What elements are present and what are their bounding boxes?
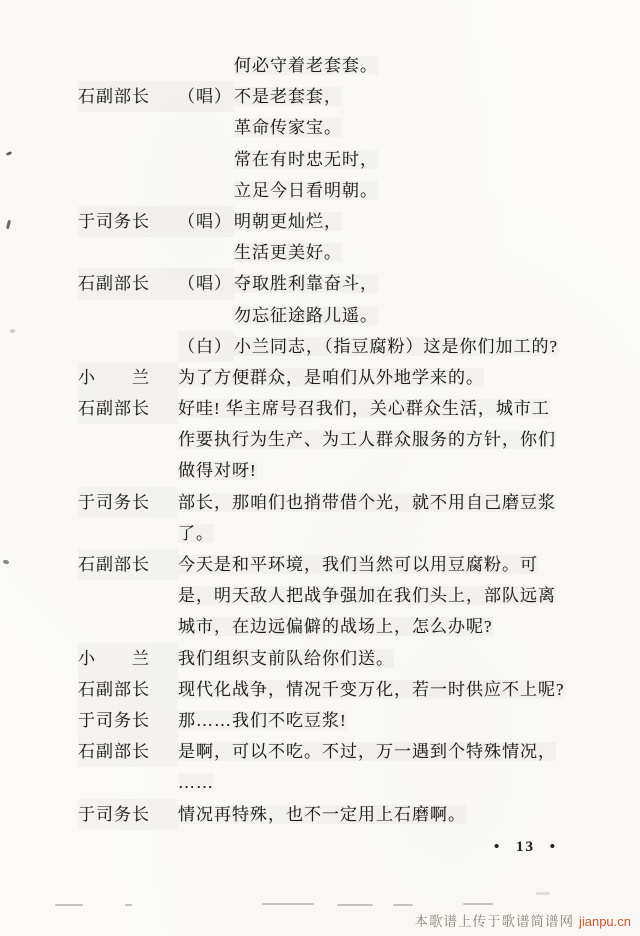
speaker-name — [78, 300, 178, 331]
line-content: 那……我们不吃豆浆! — [178, 705, 623, 736]
script-line: 于司务长 那……我们不吃豆浆! — [78, 705, 623, 736]
watermark-text: 本歌谱上传于歌谱简谱网 — [414, 914, 574, 929]
watermark: 本歌谱上传于歌谱简谱网jianpu.cn — [414, 910, 631, 930]
speaker-name — [78, 424, 178, 455]
script-line: 常在有时忠无时， — [78, 144, 623, 175]
script-line: 生活更美好。 — [78, 237, 623, 268]
speaker-name — [78, 175, 178, 206]
bleed-through-mark — [463, 903, 493, 905]
stage-direction-marker: （唱） — [178, 206, 234, 237]
line-content: 做得对呀! — [178, 455, 623, 486]
line-content: 城市，在边远偏僻的战场上，怎么办呢? — [178, 611, 623, 642]
line-text: 明朝更灿烂， — [234, 212, 342, 231]
stage-direction-marker: （唱） — [178, 81, 234, 112]
speaker-name: 于司务长 — [78, 487, 178, 518]
line-text: 常在有时忠无时， — [234, 150, 378, 169]
watermark-brand: jianpu.cn — [579, 914, 631, 929]
line-text: 城市，在边远偏僻的战场上，怎么办呢? — [178, 617, 493, 636]
speaker-name: 石副部长 — [78, 674, 178, 705]
ink-speck — [6, 151, 13, 156]
speaker-name — [78, 144, 178, 175]
speaker-name: 石副部长 — [78, 736, 178, 767]
line-content: 我们组织支前队给你们送。 — [178, 643, 623, 674]
script-line: （白）小兰同志，（指豆腐粉）这是你们加工的? — [78, 331, 623, 362]
line-content: 情况再特殊，也不一定用上石磨啊。 — [178, 799, 623, 830]
speaker-name — [78, 767, 178, 798]
speaker-name: 石副部长 — [78, 393, 178, 424]
line-text: 不是老套套， — [234, 87, 342, 106]
line-content: 立足今日看明朝。 — [178, 175, 623, 206]
script-line: 革命传家宝。 — [78, 112, 623, 143]
line-content: 是啊，可以不吃。不过，万一遇到个特殊情况， — [178, 736, 623, 767]
line-text: 今天是和平环境，我们当然可以用豆腐粉。可 — [178, 555, 538, 574]
line-text: 做得对呀! — [178, 461, 257, 480]
speaker-name — [78, 237, 178, 268]
line-text: 我们组织支前队给你们送。 — [178, 649, 394, 668]
speaker-name: 小兰 — [78, 362, 178, 393]
line-text: 是，明天敌人把战争强加在我们头上，部队远离 — [178, 586, 556, 605]
script-line: 石副部长 现代化战争，情况千变万化，若一时供应不上呢? — [78, 674, 623, 705]
line-text: 生活更美好。 — [234, 243, 342, 262]
speaker-name: 于司务长 — [78, 799, 178, 830]
script-line: 立足今日看明朝。 — [78, 175, 623, 206]
script-line: 于司务长 （唱）明朝更灿烂， — [78, 206, 623, 237]
script-line: 何必守着老套套。 — [78, 50, 623, 81]
line-content: 革命传家宝。 — [178, 112, 623, 143]
line-text: 为了方便群众，是咱们从外地学来的。 — [178, 368, 484, 387]
speaker-name — [78, 455, 178, 486]
bleed-through-mark — [337, 904, 373, 906]
line-content: 今天是和平环境，我们当然可以用豆腐粉。可 — [178, 549, 623, 580]
line-text: 小兰同志，（指豆腐粉）这是你们加工的? — [234, 337, 558, 356]
line-text: 了。 — [178, 524, 214, 543]
line-content: （唱）不是老套套， — [178, 81, 623, 112]
dialogue-block: 何必守着老套套。 石副部长 （唱）不是老套套， 革命传家宝。 常在有时忠无时， … — [78, 50, 623, 830]
line-text: 部长，那咱们也捎带借个光，就不用自己磨豆浆 — [178, 493, 556, 512]
line-content: …… — [178, 767, 623, 798]
line-text: 勿忘征途路儿遥。 — [234, 306, 378, 325]
bleed-through-mark — [125, 904, 132, 906]
script-line: 石副部长 （唱）夺取胜利靠奋斗， — [78, 268, 623, 299]
line-text: …… — [178, 773, 214, 792]
speaker-name — [78, 50, 178, 81]
script-line: 了。 — [78, 518, 623, 549]
line-content: 常在有时忠无时， — [178, 144, 623, 175]
speaker-name: 小兰 — [78, 643, 178, 674]
speaker-name — [78, 331, 178, 362]
line-content: 好哇! 华主席号召我们，关心群众生活，城市工 — [178, 393, 623, 424]
script-line: 小兰 我们组织支前队给你们送。 — [78, 643, 623, 674]
ink-speck — [10, 329, 15, 333]
bleed-through-mark — [536, 892, 550, 895]
stage-direction-marker: （唱） — [178, 268, 234, 299]
line-content: 现代化战争，情况千变万化，若一时供应不上呢? — [178, 674, 623, 705]
line-text: 夺取胜利靠奋斗， — [234, 274, 378, 293]
line-content: （唱）明朝更灿烂， — [178, 206, 623, 237]
page-number: • 13 • — [494, 839, 557, 856]
line-content: 作要执行为生产、为工人群众服务的方针，你们 — [178, 424, 623, 455]
script-line: 于司务长 部长，那咱们也捎带借个光，就不用自己磨豆浆 — [78, 487, 623, 518]
script-line: 石副部长 好哇! 华主席号召我们，关心群众生活，城市工 — [78, 393, 623, 424]
ink-speck — [3, 559, 10, 564]
line-text: 那……我们不吃豆浆! — [178, 711, 347, 730]
line-content: （唱）夺取胜利靠奋斗， — [178, 268, 623, 299]
script-line: 石副部长 （唱）不是老套套， — [78, 81, 623, 112]
script-line: 勿忘征途路儿遥。 — [78, 300, 623, 331]
speaker-name — [78, 518, 178, 549]
speaker-name: 于司务长 — [78, 206, 178, 237]
script-line: 作要执行为生产、为工人群众服务的方针，你们 — [78, 424, 623, 455]
ink-speck — [6, 220, 11, 229]
line-text: 现代化战争，情况千变万化，若一时供应不上呢? — [178, 680, 565, 699]
line-text: 是啊，可以不吃。不过，万一遇到个特殊情况， — [178, 742, 556, 761]
script-line: 小兰 为了方便群众，是咱们从外地学来的。 — [78, 362, 623, 393]
speaker-name — [78, 611, 178, 642]
script-line: 于司务长 情况再特殊，也不一定用上石磨啊。 — [78, 799, 623, 830]
script-line: 做得对呀! — [78, 455, 623, 486]
script-line: …… — [78, 767, 623, 798]
line-text: 作要执行为生产、为工人群众服务的方针，你们 — [178, 430, 556, 449]
script-line: 是，明天敌人把战争强加在我们头上，部队远离 — [78, 580, 623, 611]
line-content: （白）小兰同志，（指豆腐粉）这是你们加工的? — [178, 331, 623, 362]
line-content: 为了方便群众，是咱们从外地学来的。 — [178, 362, 623, 393]
speaker-name: 石副部长 — [78, 81, 178, 112]
line-text: 立足今日看明朝。 — [234, 181, 378, 200]
speaker-name — [78, 580, 178, 611]
line-text: 革命传家宝。 — [234, 118, 342, 137]
scanned-script-page: 何必守着老套套。 石副部长 （唱）不是老套套， 革命传家宝。 常在有时忠无时， … — [0, 0, 640, 936]
line-content: 勿忘征途路儿遥。 — [178, 300, 623, 331]
line-text: 好哇! 华主席号召我们，关心群众生活，城市工 — [178, 399, 550, 418]
line-content: 了。 — [178, 518, 623, 549]
line-content: 何必守着老套套。 — [178, 50, 623, 81]
line-text: 何必守着老套套。 — [234, 56, 378, 75]
bleed-through-mark — [393, 904, 413, 906]
speaker-name: 于司务长 — [78, 705, 178, 736]
script-line: 石副部长 今天是和平环境，我们当然可以用豆腐粉。可 — [78, 549, 623, 580]
script-line: 石副部长 是啊，可以不吃。不过，万一遇到个特殊情况， — [78, 736, 623, 767]
bleed-through-mark — [262, 903, 314, 905]
line-text: 情况再特殊，也不一定用上石磨啊。 — [178, 805, 466, 824]
speaker-name: 石副部长 — [78, 268, 178, 299]
stage-direction-marker: （白） — [178, 331, 234, 362]
bleed-through-mark — [55, 904, 83, 906]
line-content: 是，明天敌人把战争强加在我们头上，部队远离 — [178, 580, 623, 611]
script-line: 城市，在边远偏僻的战场上，怎么办呢? — [78, 611, 623, 642]
speaker-name: 石副部长 — [78, 549, 178, 580]
speaker-name — [78, 112, 178, 143]
line-content: 部长，那咱们也捎带借个光，就不用自己磨豆浆 — [178, 487, 623, 518]
line-content: 生活更美好。 — [178, 237, 623, 268]
